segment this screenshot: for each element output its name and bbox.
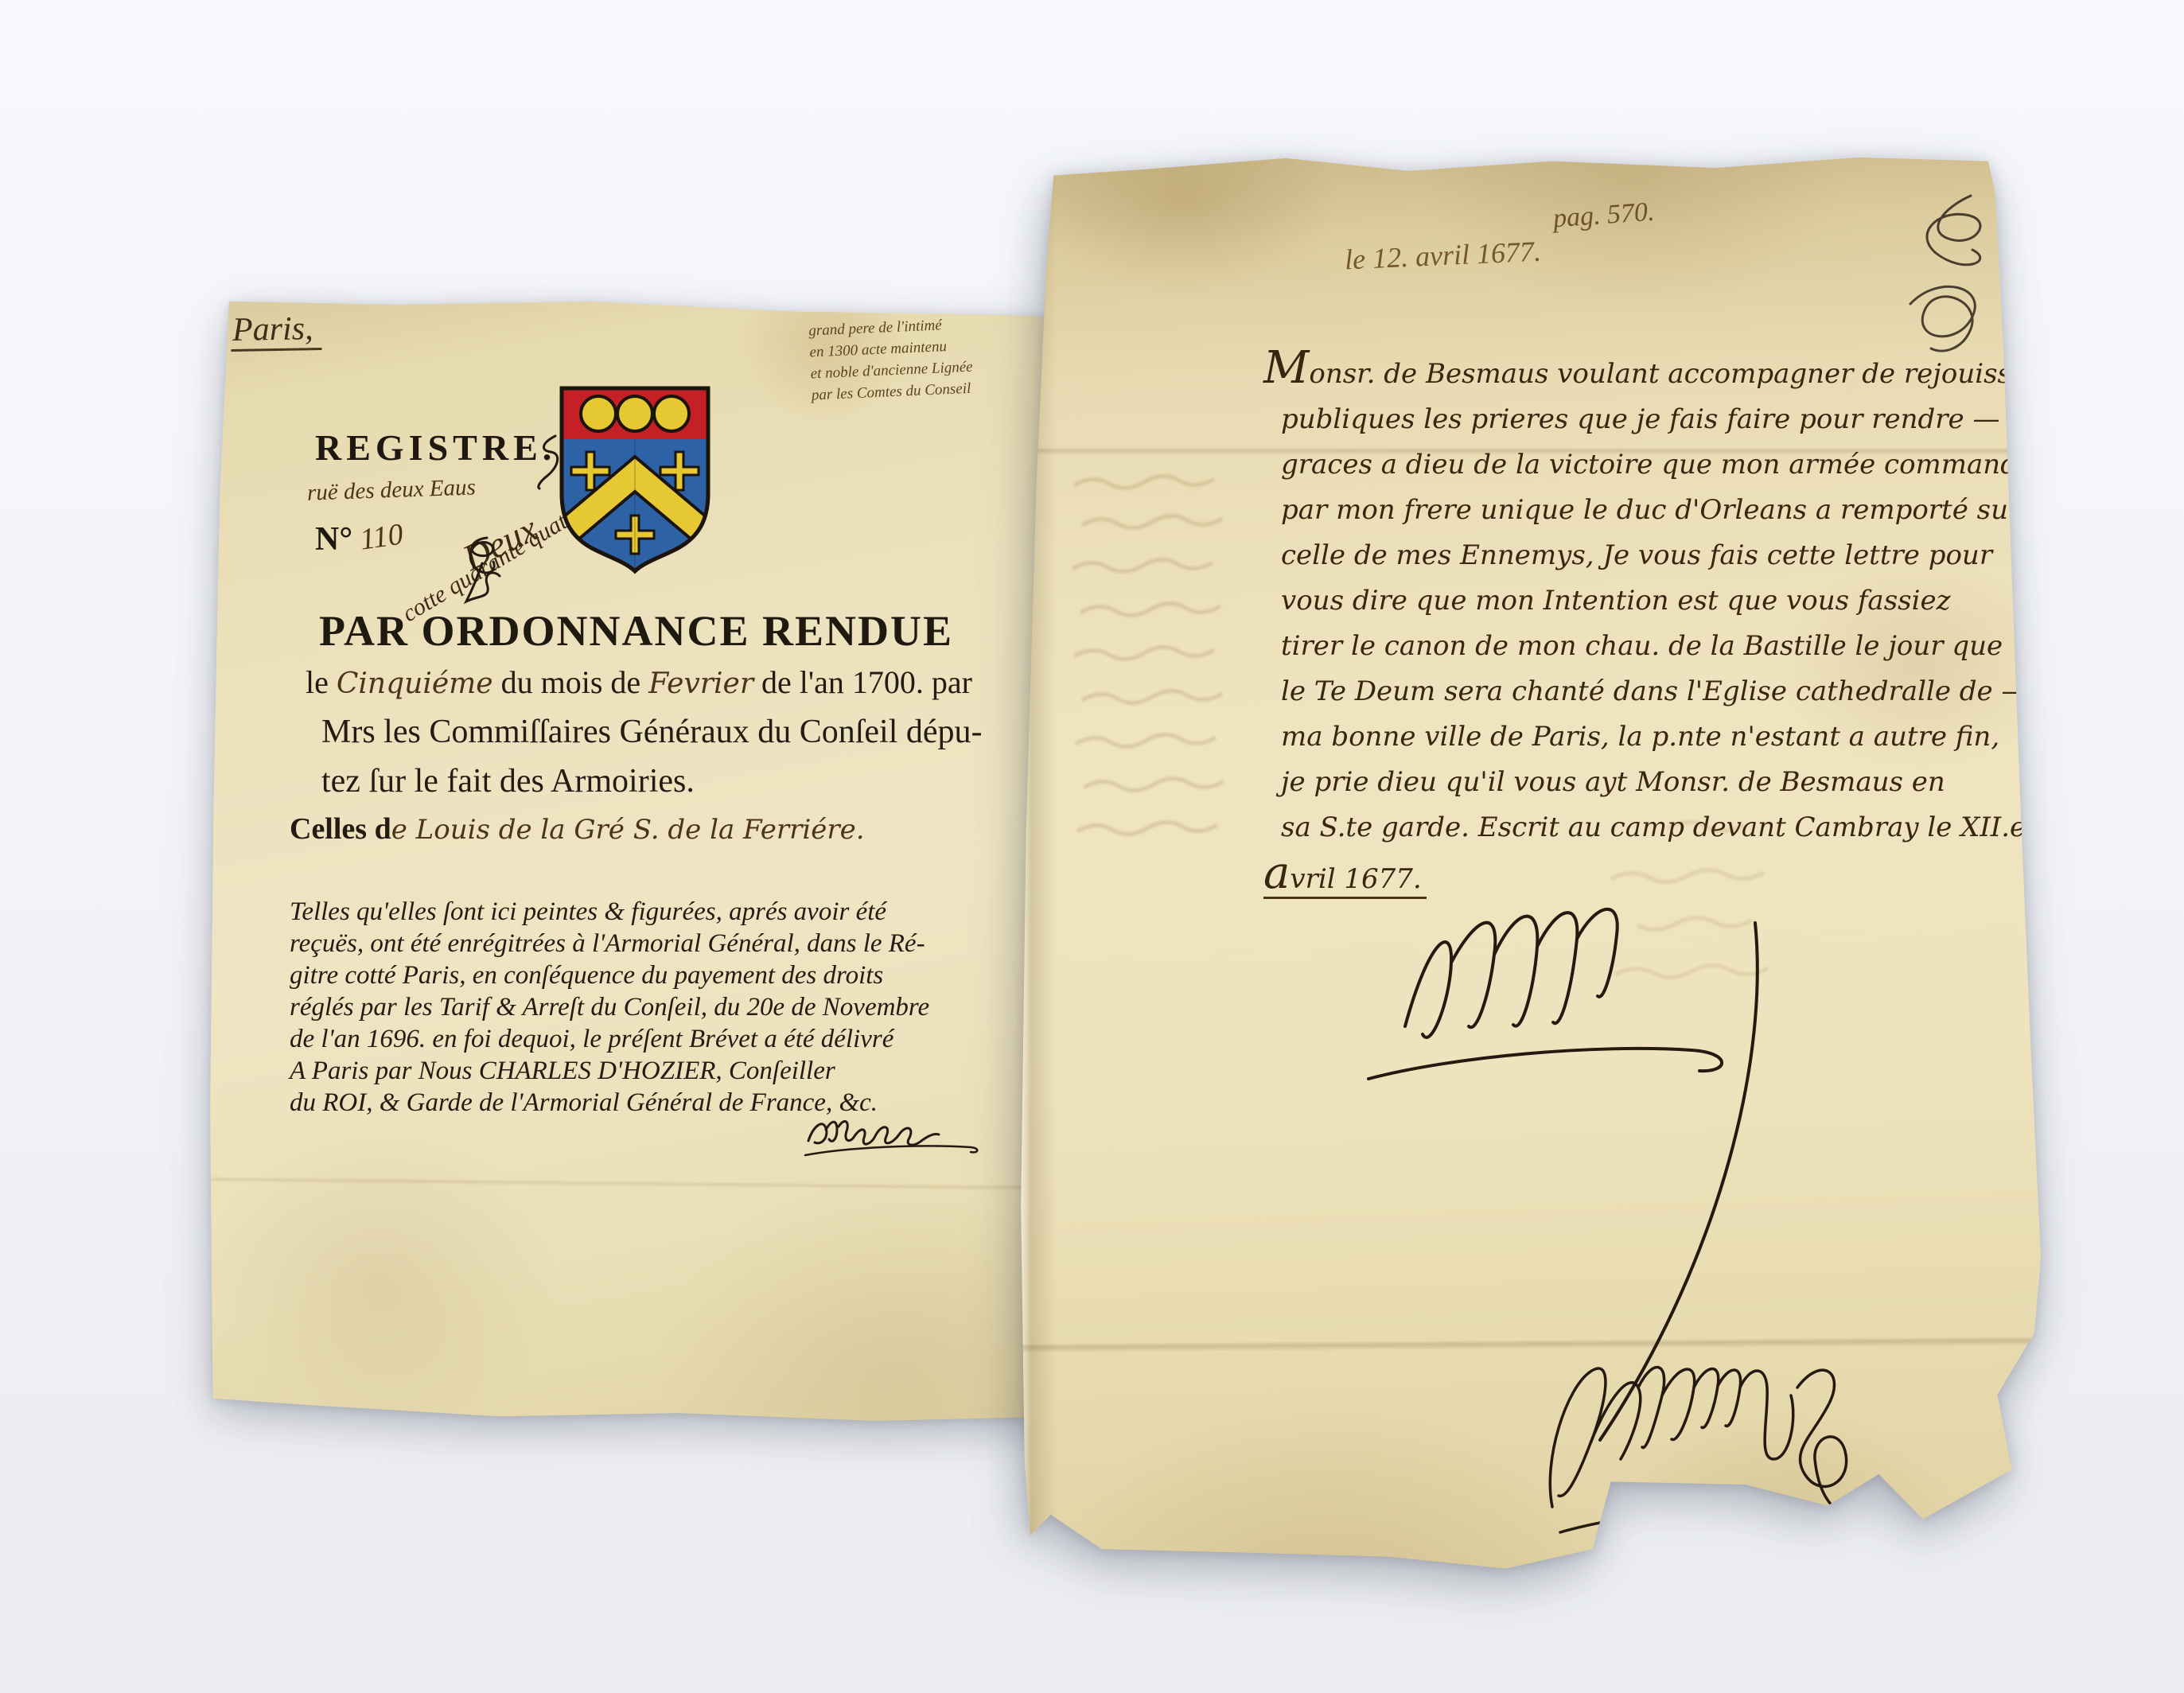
margin-annotation: grand pere de l'intimé en 1300 acte main… <box>808 310 1050 407</box>
letter-line: celle de mes Ennemys, Je vous fais cette… <box>1263 533 2039 578</box>
issuer-line: tez ſur le fait des Armoiries. <box>321 762 695 800</box>
handwritten-grantee-name: e Louis de la Gré S. de la Ferriére. <box>391 814 865 846</box>
letter-line: publiques les prieres que je fais faire … <box>1263 397 2039 442</box>
paragraph-line: de l'an 1696. en foi dequoi, le préſent … <box>290 1023 1022 1055</box>
printed-text: Celles d <box>290 812 391 846</box>
letter-line: graces a dieu de la victoire que mon arm… <box>1263 442 2039 488</box>
paper-edge-curl <box>1020 156 1057 1656</box>
paragraph-line: réglés par les Tarif & Arreſt du Conſeil… <box>290 991 1022 1023</box>
armorial-brevet-document: Paris, grand pere de l'intimé en 1300 ac… <box>208 299 1064 1421</box>
royal-letter-paper: pag. 570. le 12. avril 1677. Monsr. de B… <box>1020 156 2042 1656</box>
page-reference-note: pag. 570. <box>1552 197 1656 235</box>
armorial-brevet-paper: Paris, grand pere de l'intimé en 1300 ac… <box>208 299 1064 1421</box>
letter-line: tirer le canon de mon chau. de la Bastil… <box>1263 624 2039 669</box>
coat-of-arms <box>555 383 714 578</box>
number-value: 110 <box>358 516 406 557</box>
fold-crease <box>208 1176 1064 1191</box>
issuer-line: Mrs les Commiſſaires Généraux du Conſeil… <box>321 713 983 751</box>
printed-text: le <box>306 664 329 700</box>
ink-showthrough <box>1497 797 1784 996</box>
brevet-paragraph: Telles qu'elles ſont ici peintes & figur… <box>290 896 1022 1119</box>
letter-line: vous dire que mon Intention est que vous… <box>1263 578 2039 624</box>
paragraph-line: A Paris par Nous CHARLES D'HOZIER, Conſe… <box>290 1055 1022 1087</box>
letter-line: ma bonne ville de Paris, la p.nte n'esta… <box>1263 714 2039 760</box>
paris-corner-label: Paris, <box>231 309 321 352</box>
ordinance-heading: PAR ORDONNANCE RENDUE <box>272 606 1000 656</box>
printed-text: de l'an 1700. par <box>761 664 972 700</box>
handwritten-day: Cinquiéme <box>337 667 493 700</box>
letter-line: par mon frere unique le duc d'Orleans a … <box>1263 488 2039 533</box>
letter-line: Monsr. de Besmaus voulant accompagner de… <box>1263 345 2039 397</box>
paragraph-line: reçuës, ont été enrégitrées à l'Armorial… <box>290 928 1022 959</box>
ordinance-date-line: le Cinquiéme du mois de Fevrier de l'an … <box>306 664 972 701</box>
number-label: N° <box>315 521 352 558</box>
arms-besants <box>581 396 689 431</box>
grantee-line: Celles de Louis de la Gré S. de la Ferri… <box>290 811 865 846</box>
paragraph-line: gitre cotté Paris, en conſéquence du pay… <box>290 959 1022 991</box>
colbert-signature: Colbert <box>1533 1340 1931 1555</box>
date-annotation: le 12. avril 1677. <box>1344 235 1542 277</box>
register-number: N°110 <box>315 520 403 558</box>
ink-showthrough <box>1058 461 1321 875</box>
royal-letter-document: pag. 570. le 12. avril 1677. Monsr. de B… <box>1020 156 2042 1656</box>
paragraph-line: Telles qu'elles ſont ici peintes & figur… <box>290 896 1022 928</box>
street-annotation: ruë des deux Eaus <box>306 474 476 506</box>
printed-text: du mois de <box>501 664 641 700</box>
dhozier-signature: d'hozier <box>800 1104 991 1168</box>
registre-label: REGISTRE. <box>315 426 556 469</box>
letter-line: le Te Deum sera chanté dans l'Eglise cat… <box>1263 669 2039 714</box>
clerk-paraph <box>447 531 514 608</box>
photo-background: Paris, grand pere de l'intimé en 1300 ac… <box>0 0 2184 1693</box>
handwritten-month: Fevrier <box>648 667 753 700</box>
